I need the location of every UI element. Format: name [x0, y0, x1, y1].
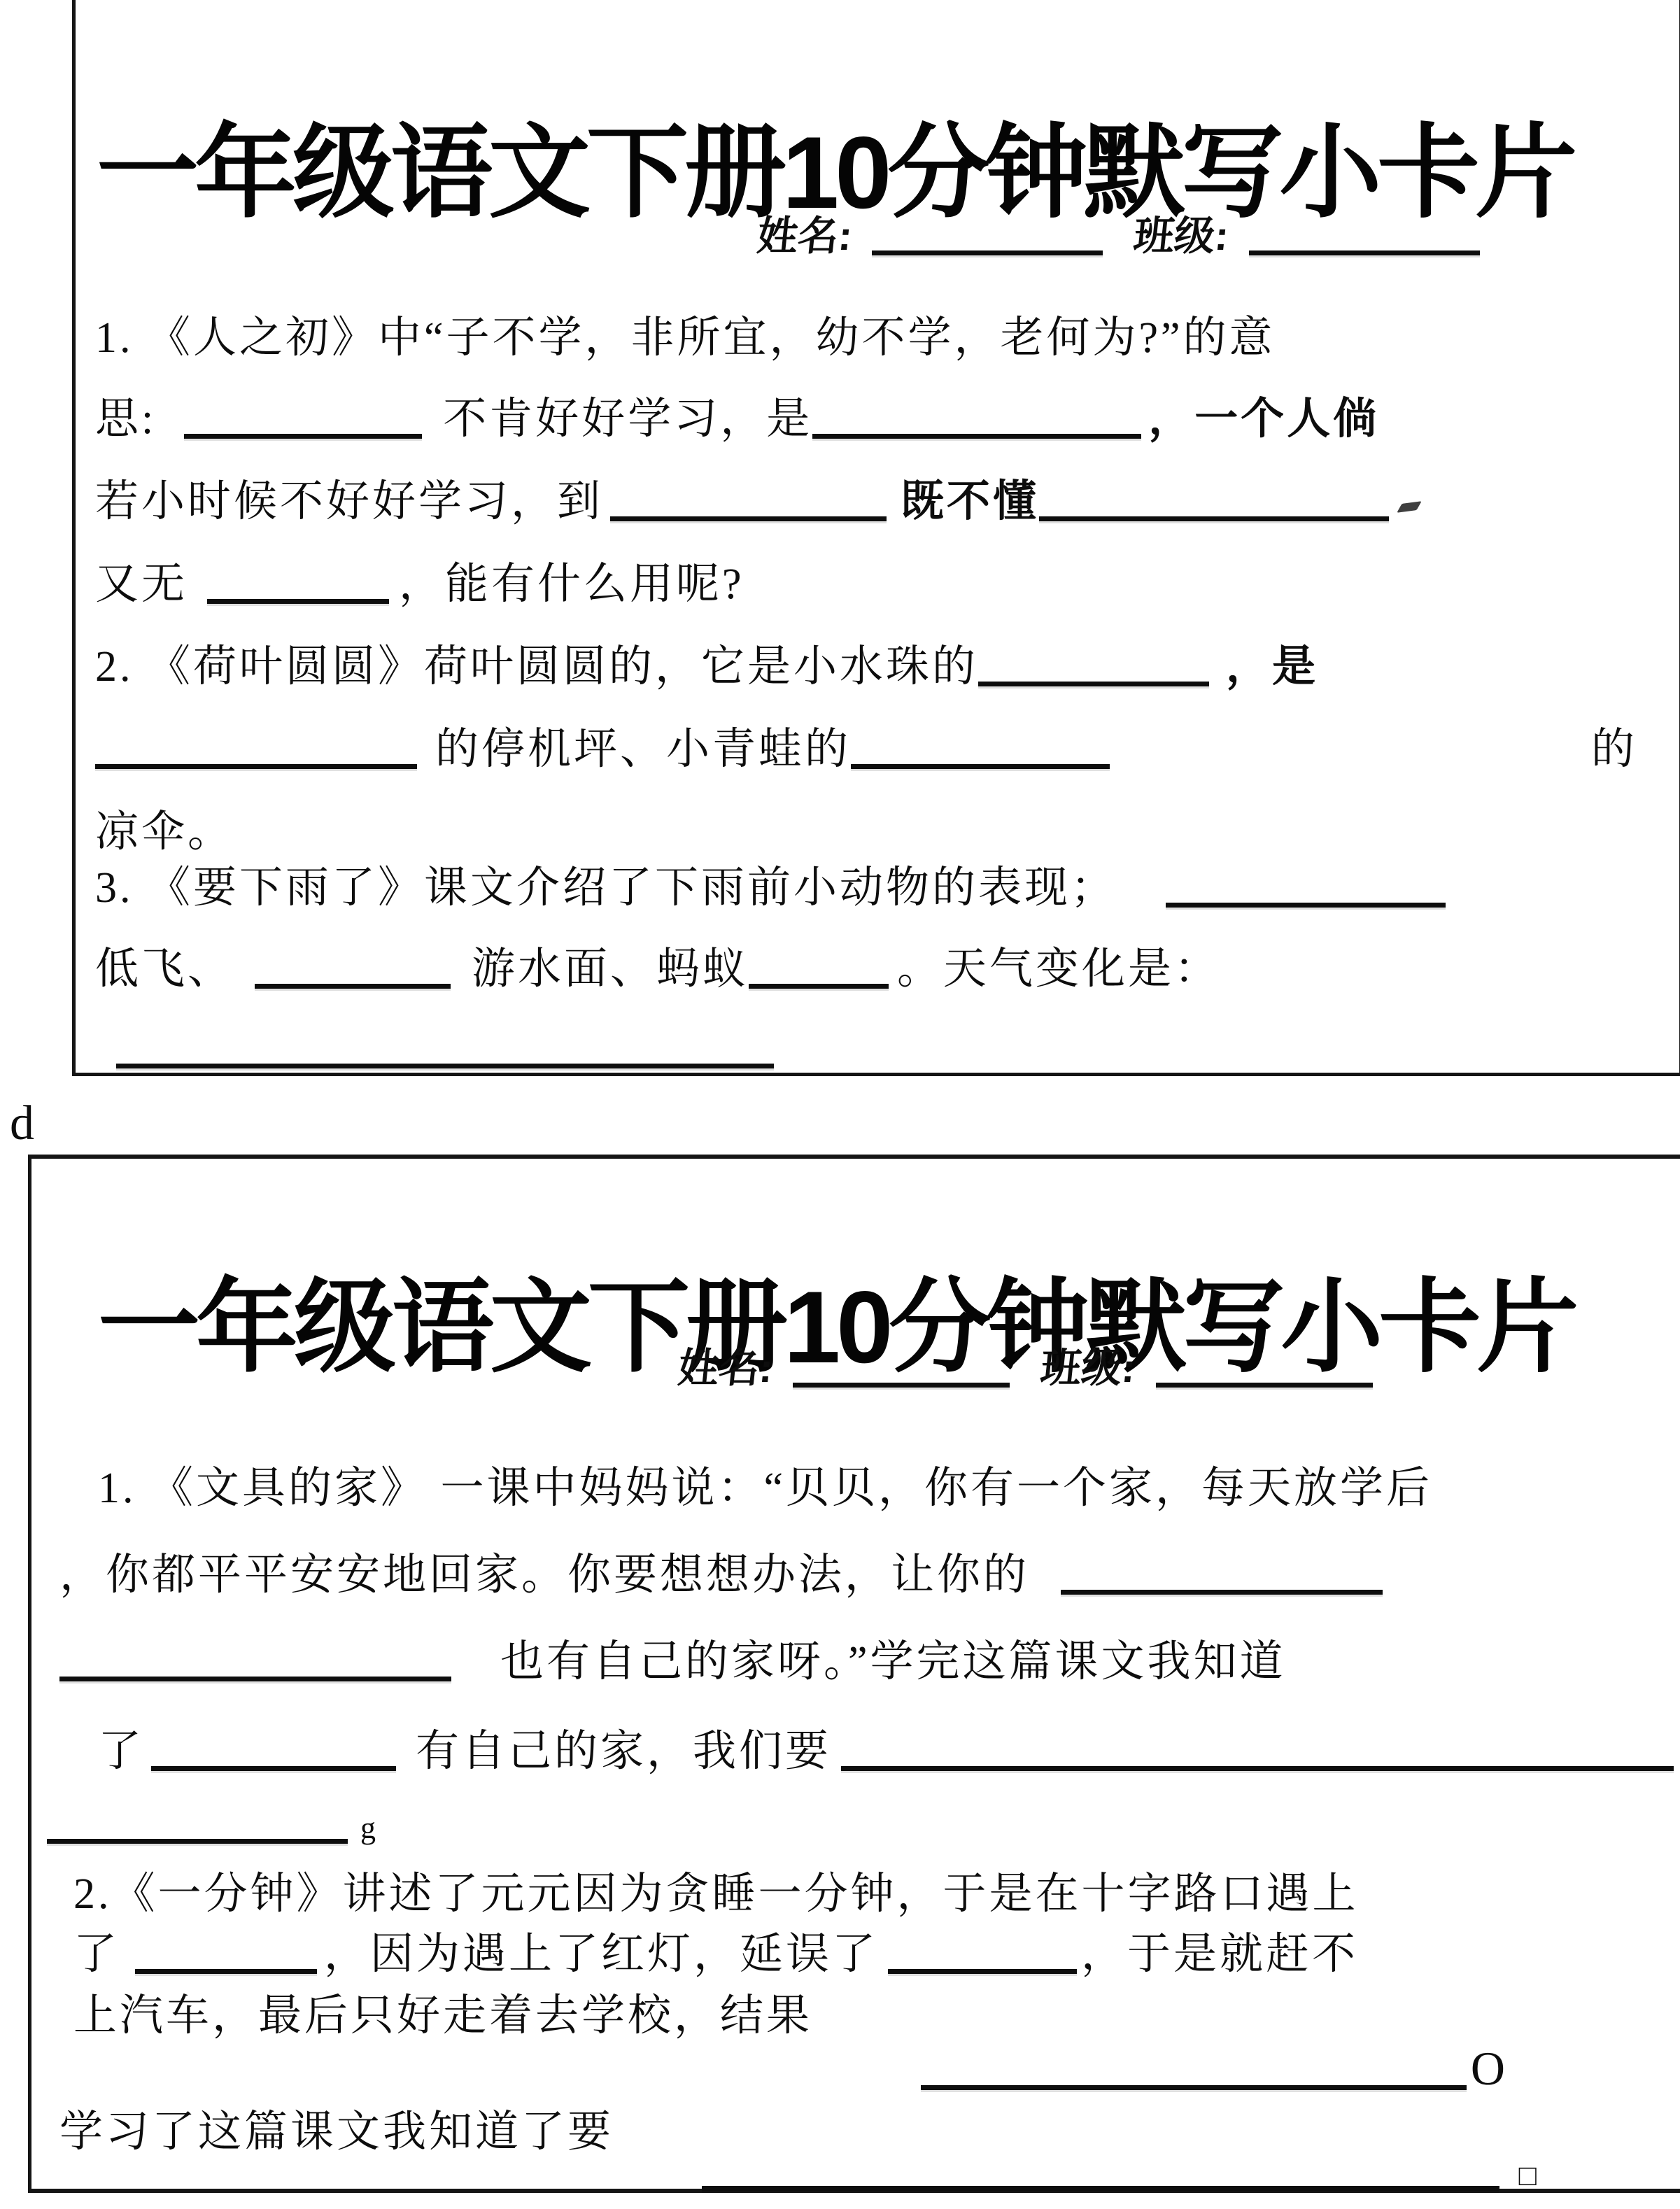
card2-q2-line6: □ — [51, 2145, 1537, 2197]
q1-text: 又无 — [95, 560, 188, 608]
card1-q2-line3: 凉伞。 — [95, 806, 1665, 858]
card1-q3-line1: 3. 《要下雨了》课文介绍了下雨前小动物的表现； — [95, 862, 1665, 914]
q2-text: 的停机坪、小青蛙的 — [435, 726, 851, 773]
q2-text: 凉伞。 — [95, 808, 234, 856]
card2-class-blank — [1156, 1346, 1373, 1388]
fill-blank — [888, 1933, 1077, 1974]
card1-q1-line4: 又无，能有什么用呢? — [95, 558, 1665, 610]
card2-q2-line2: 了，因为遇上了红灯，延误了，于是就赶不 — [73, 1928, 1670, 1980]
fill-blank — [116, 1027, 774, 1068]
fill-blank — [1061, 1553, 1383, 1595]
card2-name-label: 姓名: — [676, 1335, 777, 1394]
card1-q2-line2: 的停机坪、小青蛙的的 — [95, 724, 1665, 775]
card2-q1-line2: ，你都平平安安地回家。你要想想办法，让你的 — [59, 1549, 1670, 1601]
card1-q1-line2: 思:不肯好好学习，是，一个人倘 — [95, 393, 1665, 445]
fill-blank — [841, 1730, 1674, 1771]
q2-text: 2.《一分钟》讲述了元元因为贪睡一分钟，于是在十字路口遇上 — [73, 1870, 1359, 1918]
card2-class-label: 班级: — [1038, 1335, 1139, 1394]
card2-q1-line1: 1. 《文具的家》 一课中妈妈说：“贝贝，你有一个家，每天放学后 — [98, 1462, 1670, 1514]
q1-text: 思: — [95, 395, 156, 443]
q1-text: 1. 《人之初》中“子不学，非所宜，幼不学，老何为?”的意 — [95, 314, 1276, 362]
fill-blank — [184, 397, 422, 439]
card1-q3-line3 — [95, 1023, 1665, 1075]
fill-blank — [921, 2049, 1467, 2090]
stray-letter-d: d — [10, 1096, 34, 1152]
card1-q2-line1: 2. 《荷叶圆圆》荷叶圆圆的，它是小水珠的，是 — [95, 641, 1665, 693]
card1-name-blank — [872, 214, 1103, 255]
q1-text: 也有自己的家呀。”学完这篇课文我知道 — [500, 1638, 1286, 1686]
card1-meta-row: 姓名:班级: — [758, 203, 1511, 262]
dictation-card-2: 一年级语文下册10分钟默写小卡片 姓名:班级: 1. 《文具的家》 一课中妈妈说… — [28, 1155, 1680, 2193]
fill-blank — [1166, 866, 1446, 908]
fill-blank — [978, 645, 1209, 686]
q1-text: 了 — [98, 1728, 144, 1775]
fill-blank — [812, 397, 1141, 439]
q1-text: ，你都平平安安地回家。你要想想办法，让你的 — [59, 1551, 1029, 1599]
card2-q2-line1: 2.《一分钟》讲述了元元因为贪睡一分钟，于是在十字路口遇上 — [73, 1868, 1670, 1920]
card2-name-blank — [793, 1346, 1010, 1388]
card2-q1-line5: g — [47, 1798, 1670, 1850]
fill-blank — [255, 947, 451, 989]
q1-bold-text: ，一个人倘 — [1148, 395, 1379, 443]
fill-blank — [59, 1640, 451, 1681]
card1-class-blank — [1249, 214, 1480, 255]
fill-blank — [47, 1802, 348, 1844]
fill-blank — [95, 728, 417, 769]
q2-text: ，因为遇上了红灯，延误了 — [324, 1931, 878, 1978]
q1-text: 1. 《文具的家》 一课中妈妈说：“贝贝，你有一个家，每天放学后 — [98, 1465, 1432, 1512]
q2-text-right: 的 — [1591, 724, 1637, 775]
card1-class-label: 班级: — [1131, 203, 1232, 262]
q3-text: 低飞、 — [95, 945, 234, 993]
card2-q1-line3: 也有自己的家呀。”学完这篇课文我知道 — [59, 1636, 1670, 1688]
card2-q1-line4: 了有自己的家，我们要 — [98, 1725, 1670, 1777]
fill-blank — [1039, 480, 1389, 521]
fill-blank — [702, 2150, 1499, 2191]
q1-text: 若小时候不好好学习，到 — [95, 478, 603, 525]
card1-name-label: 姓名: — [755, 203, 856, 262]
card2-meta-row: 姓名:班级: — [679, 1335, 1404, 1394]
q2-bold-text: ，是 — [1226, 643, 1318, 691]
q1-text: 有自己的家，我们要 — [416, 1728, 831, 1775]
card2-q2-line3: 上汽车，最后只好走着去学校，结果 — [73, 1990, 1670, 2042]
q1-bold-text: 既不懂 — [901, 478, 1039, 525]
q1-text: 不肯好好学习，是 — [443, 395, 812, 443]
q1-text: ，能有什么用呢? — [399, 560, 744, 608]
fill-blank — [207, 563, 389, 604]
dictation-card-1: 一年级语文下册10分钟默写小卡片 姓名:班级: 1. 《人之初》中“子不学，非所… — [72, 0, 1680, 1076]
q2-text: 了 — [73, 1931, 120, 1978]
card1-q1-line1: 1. 《人之初》中“子不学，非所宜，幼不学，老何为?”的意 — [95, 312, 1665, 364]
q2-text: 上汽车，最后只好走着去学校，结果 — [73, 1992, 812, 2040]
q2-text: ，于是就赶不 — [1081, 1931, 1358, 1978]
q2-text: 2. 《荷叶圆圆》荷叶圆圆的，它是小水珠的 — [95, 643, 978, 691]
q3-text: 游水面、蚂蚁 — [472, 945, 749, 993]
letter-o-mark: O — [1471, 2042, 1505, 2095]
fill-blank — [151, 1730, 396, 1771]
q3-text: 3. 《要下雨了》课文介绍了下雨前小动物的表现； — [95, 864, 1117, 912]
fill-blank — [135, 1933, 317, 1974]
fill-blank — [851, 728, 1110, 769]
ink-smudge-artifact — [1397, 501, 1421, 512]
card1-q1-line3: 若小时候不好好学习，到既不懂 — [95, 476, 1665, 528]
fill-blank — [749, 947, 889, 989]
stray-letter-g: g — [360, 1811, 376, 1845]
small-square-mark: □ — [1519, 2160, 1537, 2192]
card1-q3-line2: 低飞、游水面、蚂蚁。天气变化是： — [95, 943, 1665, 995]
q3-text: 。天气变化是： — [897, 945, 1220, 993]
card2-q2-line4: O — [51, 2040, 1505, 2098]
fill-blank — [610, 480, 887, 521]
